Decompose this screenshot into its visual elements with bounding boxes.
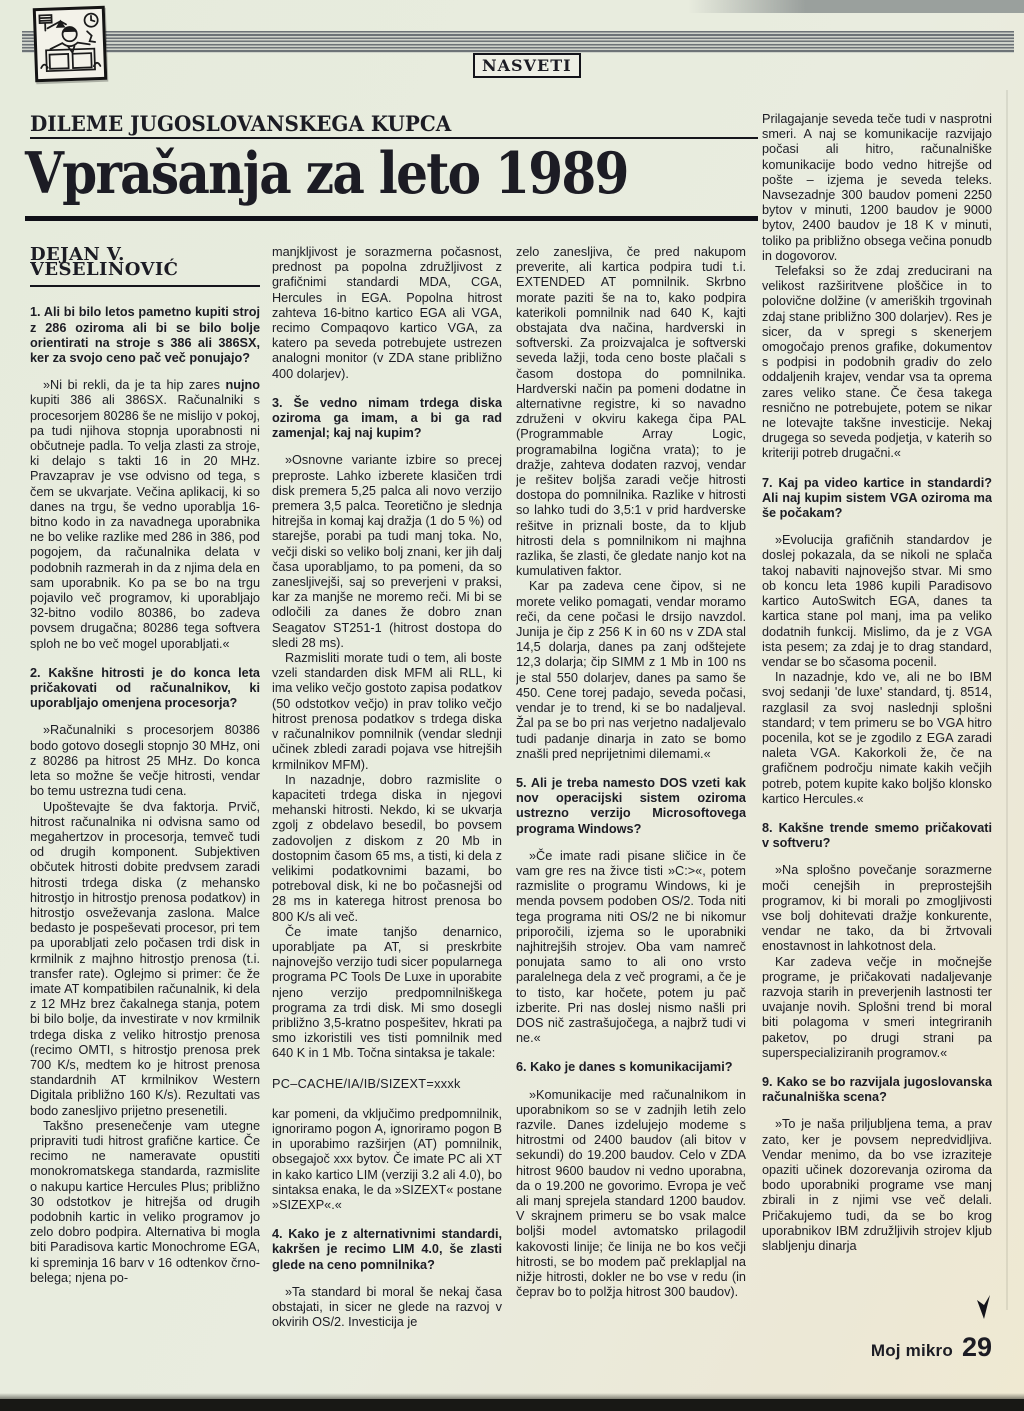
kicker-rule	[30, 137, 758, 139]
body-paragraph: Če imate tanjšo denarnico, uporabljate p…	[272, 925, 502, 1062]
continuation-paragraph: kar pomeni, da vključimo predpomnilnik, …	[272, 1107, 502, 1213]
body-paragraph: Kar zadeva večje in močnejše programe, j…	[762, 955, 992, 1061]
body-paragraph: »Računalniki s procesorjem 80386 bodo go…	[30, 723, 260, 799]
masthead-illustration	[33, 6, 108, 82]
body-paragraph: Takšno presenečenje vam utegne pripravit…	[30, 1119, 260, 1286]
text-column-2: manjkljivost je sorazmerna počasnost, pr…	[272, 245, 502, 1343]
masthead-stripe-band	[22, 31, 1014, 53]
page-number: 29	[962, 1332, 992, 1363]
question-heading: 3. Še vedno nimam trdega diska oziroma g…	[272, 396, 502, 442]
text-column-1: DEJAN V. VESELINOVIĆ1. Ali bi bilo letos…	[30, 245, 260, 1343]
body-paragraph: In nazadnje, kdo ve, ali ne bo IBM svoj …	[762, 670, 992, 807]
page-crease	[1006, 90, 1008, 1310]
body-paragraph: »Evolucija grafičnih standardov je dosle…	[762, 533, 992, 670]
body-paragraph: Kar pa zadeva cene čipov, si ne morete v…	[516, 579, 746, 761]
continuation-paragraph: zelo zanesljiva, če pred nakupom preveri…	[516, 245, 746, 579]
body-paragraph: »Osnovne variante izbire so precej prepr…	[272, 453, 502, 651]
body-paragraph: In nazadnje, dobro razmislite o kapacite…	[272, 773, 502, 925]
magazine-page: NASVETI DILEME JUGOSLOVANSKEGA KUPCA Vpr…	[0, 0, 1024, 1411]
magazine-name: Moj mikro	[871, 1341, 953, 1361]
page-footer: Moj mikro 29	[871, 1332, 992, 1363]
question-heading: 6. Kako je danes s komunikacijami?	[516, 1060, 746, 1075]
body-paragraph: »Ta standard bi moral še nekaj časa obst…	[272, 1285, 502, 1331]
question-heading: 9. Kako se bo razvijala jugoslovanska ra…	[762, 1075, 992, 1105]
question-heading: 5. Ali je treba namesto DOS vzeti kak no…	[516, 776, 746, 837]
question-heading: 2. Kakšne hitrosti je do konca leta prič…	[30, 666, 260, 712]
author-byline: DEJAN V. VESELINOVIĆ	[30, 245, 260, 287]
section-badge: NASVETI	[473, 53, 581, 78]
body-paragraph: »Komunikacije med računalnikom in uporab…	[516, 1088, 746, 1301]
question-heading: 4. Kako je z alternativnimi standardi, k…	[272, 1227, 502, 1273]
page-bottom-edge	[0, 1399, 1024, 1411]
page-top-edge	[688, 0, 1024, 13]
body-paragraph: »Ni bi rekli, da je ta hip zares nujno k…	[30, 378, 260, 652]
article-kicker: DILEME JUGOSLOVANSKEGA KUPCA	[30, 111, 451, 136]
continuation-paragraph: manjkljivost je sorazmerna počasnost, pr…	[272, 245, 502, 382]
continuation-paragraph: Prilagajanje seveda teče tudi v nasprotn…	[762, 112, 992, 264]
body-paragraph: »Na splošno povečanje sorazmerne moči ce…	[762, 863, 992, 954]
text-column-3: zelo zanesljiva, če pred nakupom preveri…	[516, 245, 746, 1343]
question-heading: 8. Kakšne trende smemo pričakovati v sof…	[762, 821, 992, 851]
body-paragraph: Razmisliti morate tudi o tem, ali boste …	[272, 651, 502, 773]
continuation-arrow-icon	[976, 1295, 992, 1319]
question-heading: 1. Ali bi bilo letos pametno kupiti stro…	[30, 305, 260, 366]
body-paragraph: »To je naša priljubljena tema, a prav za…	[762, 1117, 992, 1254]
article-title: Vprašanja za leto 1989	[25, 144, 628, 204]
question-heading: 7. Kaj pa video kartice in standardi? Al…	[762, 476, 992, 522]
text-column-4: Prilagajanje seveda teče tudi v nasprotn…	[762, 112, 992, 1352]
body-paragraph: Telefaksi so že zdaj zreducirani na veli…	[762, 264, 992, 462]
code-line: PC–CACHE/IA/IB/SIZEXT=xxxk	[272, 1077, 502, 1092]
desk-cartoon-icon	[36, 9, 104, 79]
body-paragraph: Upoštevajte še dva faktorja. Prvič, hitr…	[30, 800, 260, 1119]
body-paragraph: »Če imate radi pisane sličice in če vam …	[516, 849, 746, 1047]
title-rule	[25, 216, 758, 221]
